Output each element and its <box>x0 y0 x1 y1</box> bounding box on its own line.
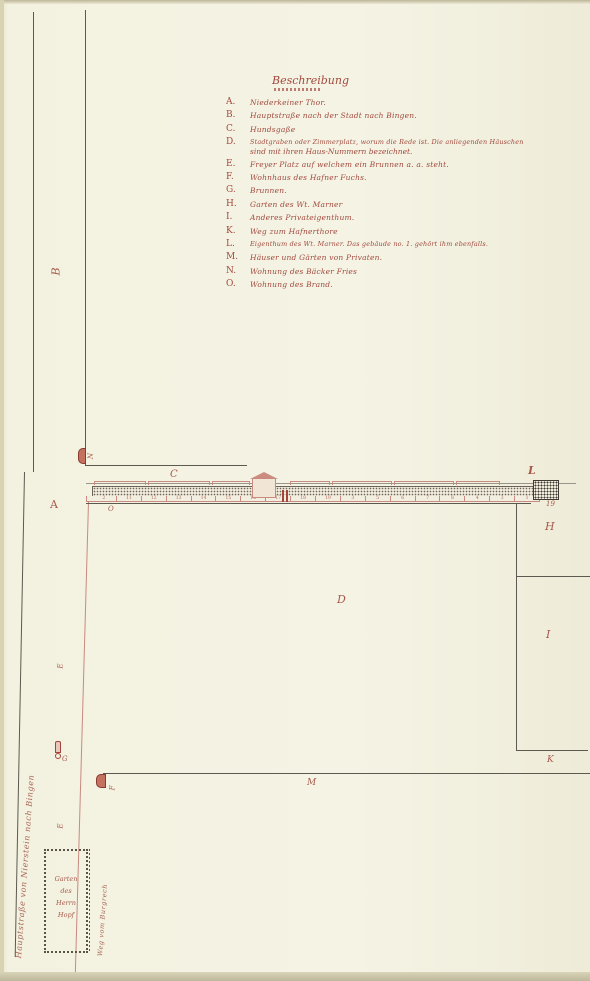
legend-list: A.Niederkeiner Thor. B.Hauptstraße nach … <box>226 96 524 292</box>
page-edge-left <box>0 0 4 981</box>
street-c-north-line <box>85 465 247 466</box>
house-number: 7 <box>416 496 441 502</box>
manuscript-page: 2 11 12 13 14 15 16 17 18 19 3 5 6 7 8 4… <box>0 0 590 981</box>
roof-cap <box>332 481 392 485</box>
label-a: A <box>50 498 58 511</box>
legend-item: N.Wohnung des Bäcker Fries <box>226 265 524 278</box>
road-b-left-line <box>33 12 34 472</box>
legend-key: C. <box>226 123 250 136</box>
label-d: D <box>337 593 346 606</box>
label-o: O <box>108 505 114 513</box>
legend-key: N. <box>226 265 250 278</box>
legend-text: Wohnung des Bäcker Fries <box>250 265 357 278</box>
roof-cap <box>456 481 500 485</box>
legend-title: Beschreibung <box>272 74 349 87</box>
legend-text: Brunnen. <box>250 184 287 197</box>
house-number: 5 <box>366 496 391 502</box>
legend-key: A. <box>226 96 250 109</box>
house-number: 13 <box>167 496 192 502</box>
house-numbers: 2 11 12 13 14 15 16 17 18 19 3 5 6 7 8 4… <box>92 496 540 502</box>
garden-label-line: Garten <box>46 873 86 885</box>
house-number: 3 <box>490 496 515 502</box>
roof-cap <box>290 481 330 485</box>
house-number: 14 <box>192 496 217 502</box>
side-path-label: Weg vom Burgrech <box>96 884 109 957</box>
garden-label-line: des <box>46 885 86 897</box>
page-edge-bottom <box>0 972 590 981</box>
label-l: L <box>528 464 536 477</box>
house-row: 2 11 12 13 14 15 16 17 18 19 3 5 6 7 8 4… <box>86 484 548 502</box>
label-m: M <box>307 778 316 788</box>
garden-herrn-hopf: Garten des Herrn Hopf <box>44 849 88 953</box>
plot-m-north-line <box>103 773 590 774</box>
house-number: 3 <box>341 496 366 502</box>
legend-key: I. <box>226 211 250 224</box>
roof-cap <box>212 481 250 485</box>
label-g-well: G <box>62 755 68 763</box>
legend-text: Freyer Platz auf welchem ein Brunnen a. … <box>250 158 449 171</box>
label-n: N <box>87 453 95 459</box>
plot-hi-divider <box>516 576 590 577</box>
roof-cap <box>148 481 210 485</box>
legend-key: B. <box>226 109 250 122</box>
label-b: B <box>50 267 63 275</box>
well-ring-icon <box>55 753 61 759</box>
house-number: 2 <box>92 496 117 502</box>
legend-item: M.Häuser und Gärten von Privaten. <box>226 251 524 264</box>
label-k: K <box>547 755 554 765</box>
legend-text: Weg zum Hafnerthore <box>250 225 338 238</box>
legend-item: E.Freyer Platz auf welchem ein Brunnen a… <box>226 158 524 171</box>
well-g-icon <box>55 741 61 753</box>
label-i: I <box>546 628 550 641</box>
legend-item: F.Wohnhaus des Hafner Fuchs. <box>226 171 524 184</box>
house-number: 4 <box>465 496 490 502</box>
legend-item: B.Hauptstraße nach der Stadt nach Bingen… <box>226 109 524 122</box>
house-number: 12 <box>142 496 167 502</box>
building-n-icon <box>78 448 86 464</box>
road-b-right-line <box>85 10 86 465</box>
legend-text: Häuser und Gärten von Privaten. <box>250 251 382 264</box>
legend-key: M. <box>226 251 250 264</box>
label-e-lower: E <box>57 823 65 828</box>
legend-text: Niederkeiner Thor. <box>250 96 326 109</box>
legend-text: Hundsgaße <box>250 123 295 136</box>
legend-text: Eigenthum des Wt. Marner. Das gebäude no… <box>250 238 488 251</box>
plot-h-west-line <box>516 504 517 750</box>
legend-item: K.Weg zum Hafnerthore <box>226 225 524 238</box>
legend-key: G. <box>226 184 250 197</box>
legend-text: Wohnung des Brand. <box>250 278 333 291</box>
gate-icon <box>282 490 288 502</box>
legend-key: F. <box>226 171 250 184</box>
legend-text: Hauptstraße nach der Stadt nach Bingen. <box>250 109 417 122</box>
label-h: H <box>545 520 555 533</box>
garden-label-line: Herrn <box>46 897 86 909</box>
legend-key: D. <box>226 136 250 149</box>
garden-label-line: Hopf <box>46 909 86 921</box>
legend-item: L.Eigenthum des Wt. Marner. Das gebäude … <box>226 238 524 251</box>
roof-cap <box>394 481 454 485</box>
house-number: 15 <box>216 496 241 502</box>
building-l <box>533 480 559 500</box>
house-row-bottom-line <box>86 503 531 504</box>
legend-key: E. <box>226 158 250 171</box>
legend-item: A.Niederkeiner Thor. <box>226 96 524 109</box>
legend-item: O.Wohnung des Brand. <box>226 278 524 291</box>
house-number: 11 <box>117 496 142 502</box>
house-number-l: 19 <box>546 500 555 508</box>
legend-key: L. <box>226 238 250 251</box>
house-number: 19 <box>316 496 341 502</box>
legend-title-flourish <box>274 88 322 91</box>
house-number: 8 <box>440 496 465 502</box>
legend-key: H. <box>226 198 250 211</box>
label-f: F <box>108 786 116 791</box>
label-c: C <box>170 469 178 480</box>
roof-cap <box>94 481 146 485</box>
legend-item: G.Brunnen. <box>226 184 524 197</box>
garden-label: Garten des Herrn Hopf <box>46 873 86 921</box>
plot-i-south-line <box>516 750 588 751</box>
church-building <box>252 478 276 498</box>
label-e-upper: E <box>57 663 65 668</box>
legend-text: Garten des Wt. Marner <box>250 198 342 211</box>
legend-item: H.Garten des Wt. Marner <box>226 198 524 211</box>
legend-key: O. <box>226 278 250 291</box>
legend-text: Anderes Privateigenthum. <box>250 211 354 224</box>
house-number: 18 <box>291 496 316 502</box>
garden-path-line <box>89 849 90 953</box>
legend-item: I.Anderes Privateigenthum. <box>226 211 524 224</box>
legend-item: C.Hundsgaße <box>226 123 524 136</box>
house-number: 6 <box>391 496 416 502</box>
page-edge-top <box>0 0 590 4</box>
legend-text: Wohnhaus des Hafner Fuchs. <box>250 171 367 184</box>
legend-key: K. <box>226 225 250 238</box>
building-f-icon <box>96 774 106 788</box>
